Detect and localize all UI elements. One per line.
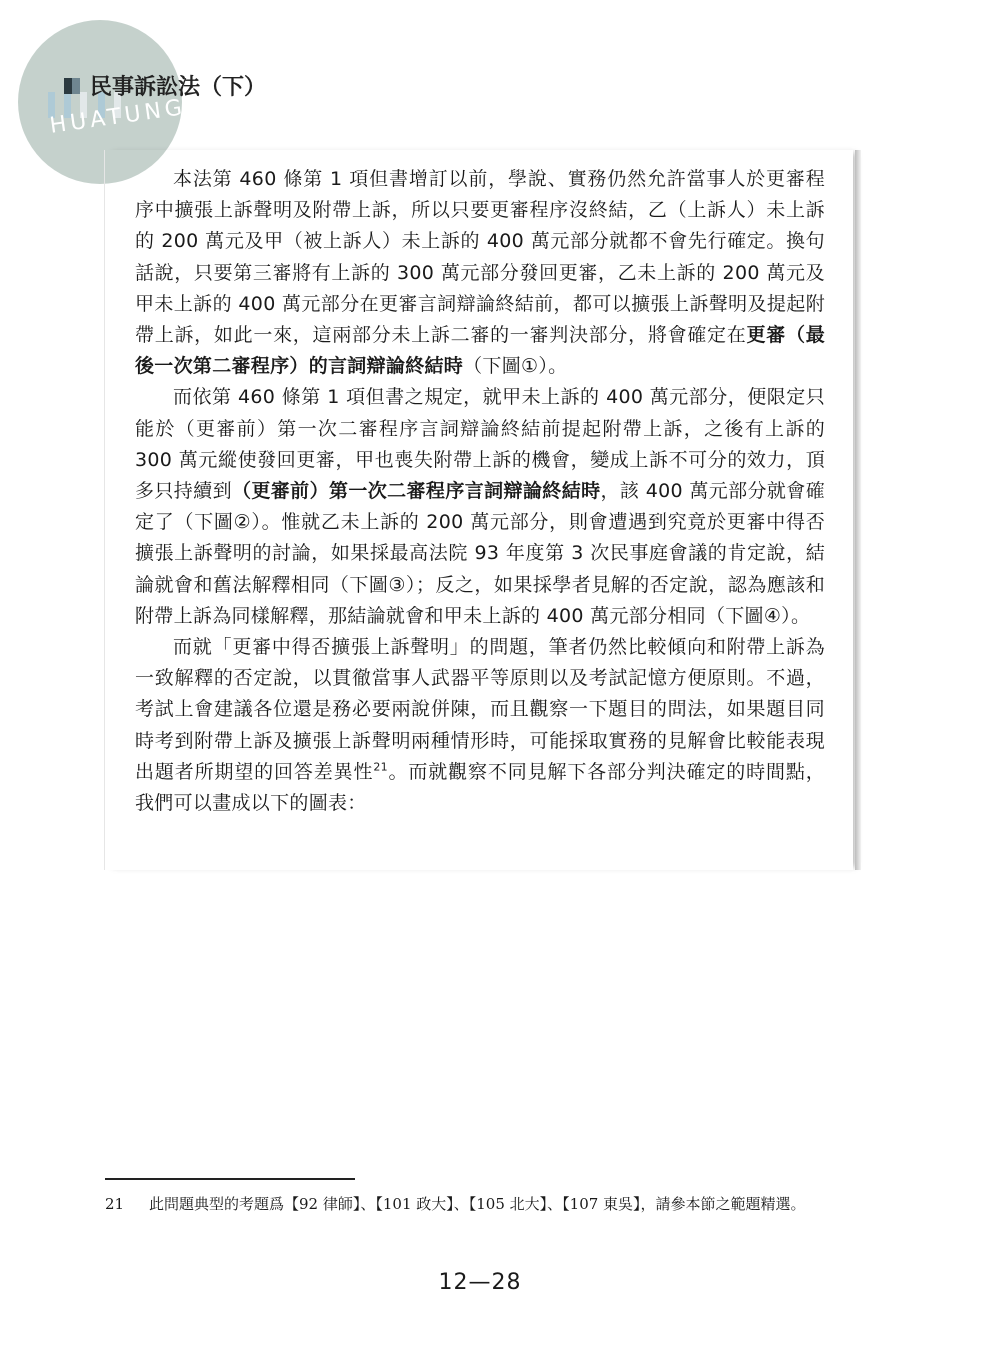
chapter-title: 民事訴訟法（下） (90, 70, 266, 101)
paragraph-text: （下圖①）。 (463, 355, 567, 377)
footnote-divider (105, 1178, 355, 1180)
paragraph-3: 而就「更審中得否擴張上訴聲明」的問題，筆者仍然比較傾向和附帶上訴為一致解釋的否定… (135, 632, 825, 819)
paragraph-2: 而依第 460 條第 1 項但書之規定，就甲未上訴的 400 萬元部分，便限定只… (135, 382, 825, 632)
paragraph-text: ，該 400 萬元部分就會確定了（下圖②）。惟就乙未上訴的 200 萬元部分，則… (135, 480, 825, 627)
page-number: 12—28 (0, 1270, 960, 1295)
footnote-reference[interactable]: 21 (373, 761, 388, 774)
paragraph-text: 本法第 460 條第 1 項但書增訂以前，學說、實務仍然允許當事人於更審程序中擴… (135, 168, 825, 346)
square-bullet-icon (64, 78, 80, 94)
emphasis-text: （更審前）第一次二審程序言詞辯論終結時 (232, 480, 601, 502)
footnote-text: 此問題典型的考題爲【92 律師】、【101 政大】、【105 北大】、【107 … (149, 1194, 806, 1215)
chapter-header: 民事訴訟法（下） (64, 70, 266, 101)
body-text: 本法第 460 條第 1 項但書增訂以前，學說、實務仍然允許當事人於更審程序中擴… (135, 164, 825, 819)
footnote-number: 21 (105, 1194, 149, 1215)
paragraph-1: 本法第 460 條第 1 項但書增訂以前，學說、實務仍然允許當事人於更審程序中擴… (135, 164, 825, 382)
footnote: 21 此問題典型的考題爲【92 律師】、【101 政大】、【105 北大】、【1… (105, 1194, 865, 1215)
